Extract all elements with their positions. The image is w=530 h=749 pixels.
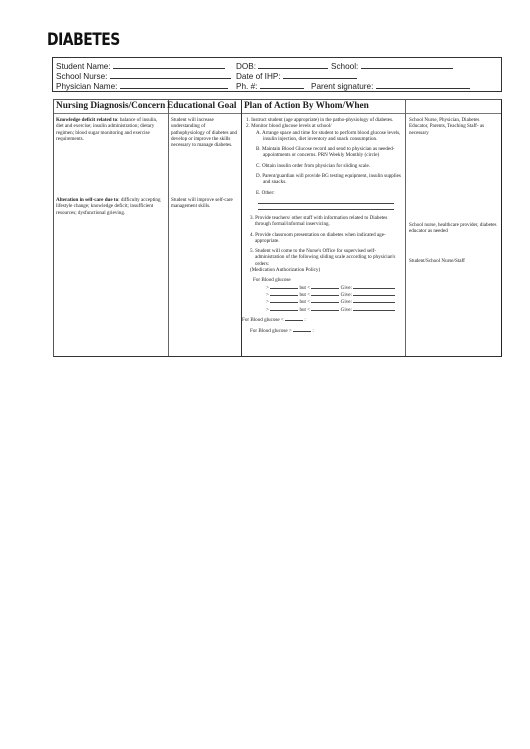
whom-3: Student/School Nurse/Staff <box>409 258 499 264</box>
other-line[interactable] <box>258 204 394 210</box>
bg-greater-blank[interactable] <box>293 327 311 332</box>
scale-min-blank[interactable] <box>270 284 298 289</box>
dob-blank[interactable] <box>258 61 328 69</box>
scale-max-blank[interactable] <box>311 298 339 303</box>
phone-field[interactable]: Ph. #: <box>236 81 304 92</box>
header-divider <box>54 113 501 114</box>
school-blank[interactable] <box>361 61 453 69</box>
goal-2: Student will improve self-care managemen… <box>171 197 239 210</box>
scale-dose-blank[interactable] <box>353 284 395 289</box>
whom-2: School nurse, healthcare provider, diabe… <box>409 222 499 235</box>
plan-of-action: 1. Instruct student (age appropriate) in… <box>246 117 402 334</box>
whom-1: School Nurse, Physician, Diabetes Educat… <box>409 117 499 136</box>
sliding-scale-row: > but < Give: <box>246 284 402 291</box>
phone-blank[interactable] <box>260 81 304 89</box>
plan-item-3: 3. Provide teachers/ other staff with in… <box>246 215 402 228</box>
scale-dose-blank[interactable] <box>353 291 395 296</box>
scale-min-blank[interactable] <box>270 291 298 296</box>
physician-name-blank[interactable] <box>120 81 228 89</box>
page-title: DIABETES <box>47 30 120 50</box>
column-divider <box>168 100 169 356</box>
parent-signature-field[interactable]: Parent signature: <box>311 81 470 92</box>
parent-signature-blank[interactable] <box>376 81 470 89</box>
plan-item-2a: A. Arrange space and time for student to… <box>246 130 402 143</box>
plan-item-2d: D. Parent/guardian will provide BG testi… <box>246 173 402 186</box>
scale-dose-blank[interactable] <box>353 298 395 303</box>
scale-max-blank[interactable] <box>311 284 339 289</box>
goal-1: Student will increase understanding of p… <box>171 117 239 148</box>
plan-item-5: 5. Student will come to the Nurse's Offi… <box>246 248 402 267</box>
sliding-scale-row: > but < Give: <box>246 291 402 298</box>
bg-greater-than: For Blood glucose > : <box>246 327 402 334</box>
scale-min-blank[interactable] <box>270 298 298 303</box>
column-divider <box>405 100 406 356</box>
bg-less-blank[interactable] <box>285 316 303 321</box>
sliding-scale: > but < Give: > but < Give: > but < Give… <box>246 284 402 313</box>
diagnosis-2: Alteration in self-care due to: difficul… <box>56 197 166 216</box>
diagnosis-1: Knowledge deficit related to: balance of… <box>56 117 166 142</box>
plan-item-2b: B. Maintain Blood Glucose record and sen… <box>246 146 402 159</box>
plan-item-5-policy: (Medication Authorization Policy) <box>246 267 402 273</box>
scale-max-blank[interactable] <box>311 291 339 296</box>
school-nurse-blank[interactable] <box>110 71 231 79</box>
date-ihp-blank[interactable] <box>283 71 357 79</box>
bg-less-than: For Blood glucose < : <box>242 316 402 323</box>
sliding-scale-row: > but < Give: <box>246 306 402 313</box>
physician-name-field[interactable]: Physician Name: <box>56 81 228 92</box>
student-name-blank[interactable] <box>113 61 225 69</box>
sliding-scale-row: > but < Give: <box>246 298 402 305</box>
header-nursing-diagnosis: Nursing Diagnosis/Concern <box>56 101 165 111</box>
scale-min-blank[interactable] <box>270 306 298 311</box>
care-plan-table: Nursing Diagnosis/Concern Educational Go… <box>53 99 502 357</box>
scale-dose-blank[interactable] <box>353 306 395 311</box>
student-info-box: Student Name: DOB: School: School Nurse:… <box>52 57 502 92</box>
plan-item-4: 4. Provide classroom presentation on dia… <box>246 232 402 245</box>
header-plan-of-action: Plan of Action By Whom/When <box>244 101 369 111</box>
plan-item-2c: C. Obtain insulin order from physician f… <box>246 163 402 169</box>
header-educational-goal: Educational Goal <box>167 101 236 111</box>
scale-max-blank[interactable] <box>311 306 339 311</box>
plan-item-2e: E. Other: <box>246 190 402 196</box>
